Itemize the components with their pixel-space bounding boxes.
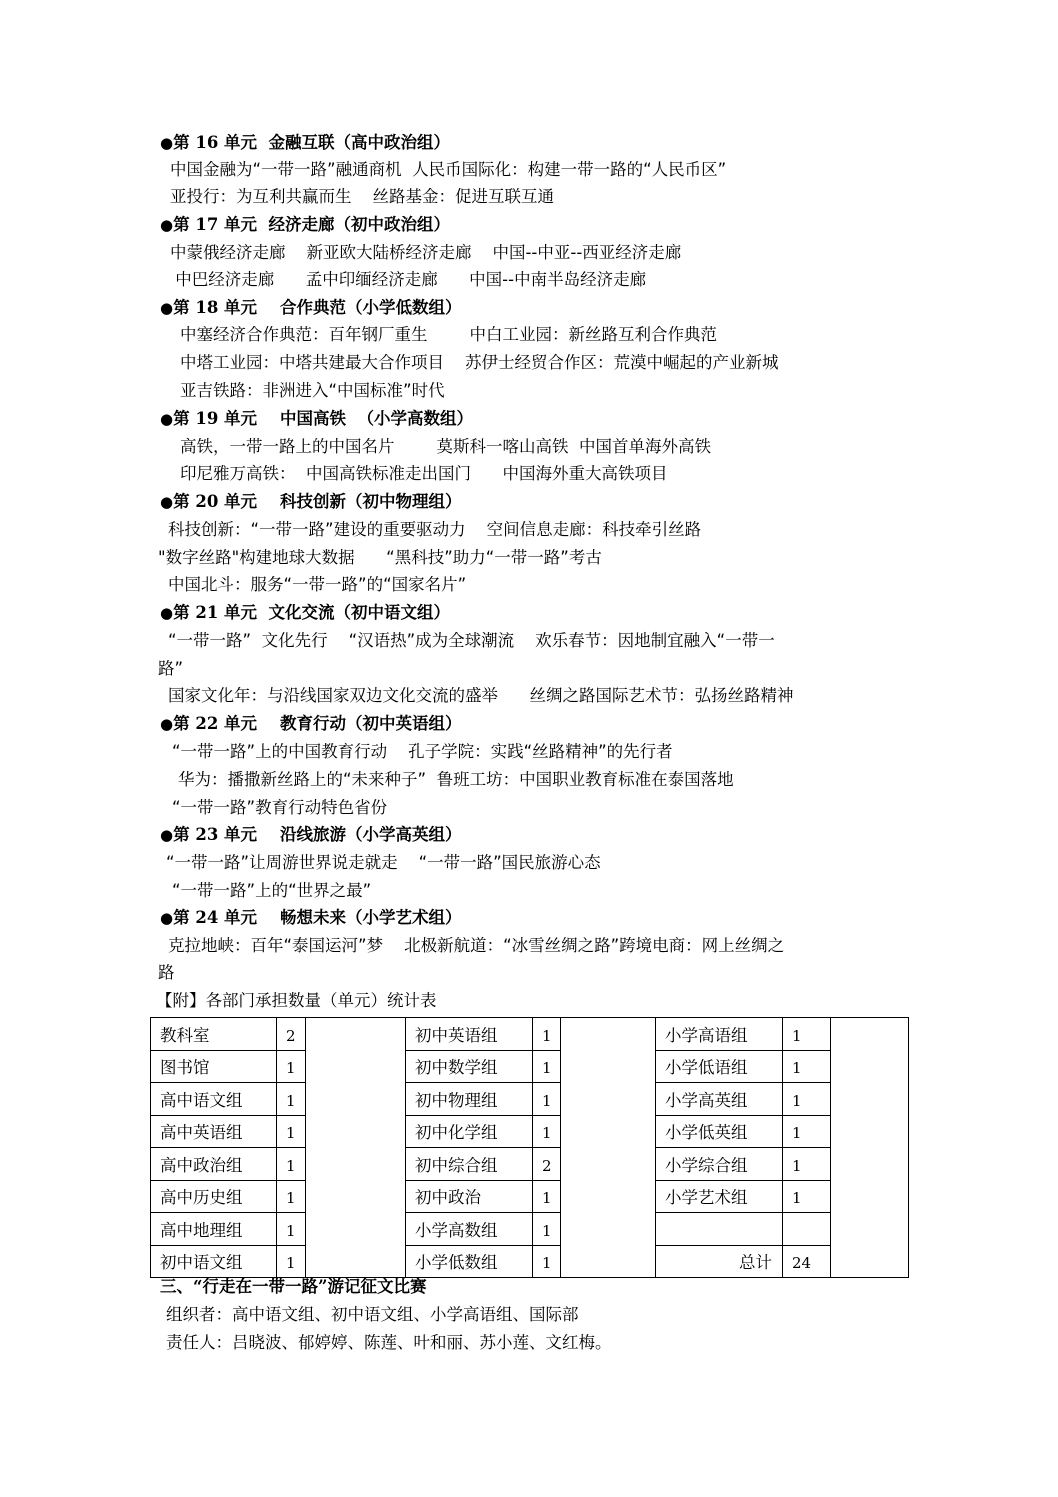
unit-22-line-3: “一带一路”教育行动特色省份 <box>172 797 387 819</box>
document-page: ●第 16 单元 金融互联（高中政治组） 中国金融为“一带一路”融通商机 人民币… <box>0 0 1058 1497</box>
dept-name: 高中语文组 <box>151 1083 277 1116</box>
dept-count: 1 <box>783 1083 831 1116</box>
dept-count: 1 <box>533 1115 561 1148</box>
unit-18-line-3: 亚吉铁路：非洲进入“中国标准”时代 <box>180 380 445 402</box>
unit-heading-text: 第 21 单元 文化交流（初中语文组） <box>173 603 450 622</box>
dept-name: 小学艺术组 <box>656 1180 783 1213</box>
dept-count: 1 <box>783 1115 831 1148</box>
unit-24-line-1: 克拉地峡：百年“泰国运河”梦 北极新航道：“冰雪丝绸之路”跨境电商：网上丝绸之 <box>168 935 784 957</box>
unit-20-line-1: 科技创新：“一带一路”建设的重要驱动力 空间信息走廊：科技牵引丝路 <box>168 519 701 541</box>
dept-name: 高中地理组 <box>151 1213 277 1246</box>
table-row: 图书馆 1 初中数学组 1 小学低语组 1 <box>151 1050 909 1083</box>
unit-21-line-2: 路” <box>158 658 183 680</box>
dept-count: 1 <box>277 1050 306 1083</box>
dept-name: 初中英语组 <box>406 1018 533 1051</box>
dept-count: 1 <box>277 1213 306 1246</box>
unit-18-heading: ●第 18 单元 合作典范（小学低数组） <box>160 297 462 319</box>
unit-heading-text: 第 17 单元 经济走廊（初中政治组） <box>173 215 450 234</box>
bullet-icon: ● <box>160 410 173 428</box>
unit-24-heading: ●第 24 单元 畅想未来（小学艺术组） <box>160 907 462 929</box>
unit-heading-text: 第 18 单元 合作典范（小学低数组） <box>173 298 461 317</box>
bullet-icon: ● <box>160 715 173 733</box>
unit-heading-text: 第 22 单元 教育行动（初中英语组） <box>173 714 461 733</box>
unit-heading-text: 第 16 单元 金融互联（高中政治组） <box>173 133 450 152</box>
bullet-icon: ● <box>160 604 173 622</box>
dept-name: 小学低数组 <box>406 1245 533 1278</box>
dept-count: 1 <box>277 1245 306 1278</box>
unit-18-line-1: 中塞经济合作典范：百年钢厂重生 中白工业园：新丝路互利合作典范 <box>180 324 717 346</box>
unit-23-line-2: “一带一路”上的“世界之最” <box>172 880 371 902</box>
unit-17-line-1: 中蒙俄经济走廊 新亚欧大陆桥经济走廊 中国--中亚--西亚经济走廊 <box>170 242 681 264</box>
unit-heading-text: 第 19 单元 中国高铁 （小学高数组） <box>173 409 473 428</box>
dept-count: 1 <box>783 1180 831 1213</box>
dept-count: 1 <box>533 1050 561 1083</box>
spacer-cell <box>561 1018 656 1278</box>
dept-name: 初中综合组 <box>406 1148 533 1181</box>
unit-22-line-2: 华为：播撒新丝路上的“未来种子” 鲁班工坊：中国职业教育标准在泰国落地 <box>178 769 734 791</box>
dept-name: 图书馆 <box>151 1050 277 1083</box>
unit-22-line-1: “一带一路”上的中国教育行动 孔子学院：实践“丝路精神”的先行者 <box>172 741 673 763</box>
unit-19-line-1: 高铁，一带一路上的中国名片 莫斯科一喀山高铁 中国首单海外高铁 <box>180 436 711 458</box>
unit-23-line-1: “一带一路”让周游世界说走就走 “一带一路”国民旅游心态 <box>166 852 601 874</box>
table-row: 高中英语组 1 初中化学组 1 小学低英组 1 <box>151 1115 909 1148</box>
unit-20-line-3: 中国北斗：服务“一带一路”的“国家名片” <box>168 574 466 596</box>
dept-name: 小学低英组 <box>656 1115 783 1148</box>
dept-name: 初中物理组 <box>406 1083 533 1116</box>
unit-19-heading: ●第 19 单元 中国高铁 （小学高数组） <box>160 408 473 430</box>
unit-21-heading: ●第 21 单元 文化交流（初中语文组） <box>160 602 450 624</box>
dept-count: 1 <box>277 1115 306 1148</box>
unit-20-line-2: "数字丝路"构建地球大数据 “黑科技”助力“一带一路”考古 <box>158 547 602 569</box>
dept-count: 2 <box>533 1148 561 1181</box>
dept-count: 1 <box>533 1180 561 1213</box>
dept-count: 2 <box>277 1018 306 1051</box>
dept-name: 小学高数组 <box>406 1213 533 1246</box>
unit-21-line-1: “一带一路” 文化先行 “汉语热”成为全球潮流 欢乐春节：因地制宜融入“一带一 <box>168 630 775 652</box>
dept-count: 1 <box>533 1245 561 1278</box>
dept-count: 1 <box>277 1083 306 1116</box>
empty-cell <box>783 1213 831 1246</box>
dept-count: 1 <box>533 1083 561 1116</box>
dept-name: 初中政治 <box>406 1180 533 1213</box>
total-count: 24 <box>783 1245 831 1278</box>
unit-23-heading: ●第 23 单元 沿线旅游（小学高英组） <box>160 824 462 846</box>
table-row: 教科室 2 初中英语组 1 小学高语组 1 <box>151 1018 909 1051</box>
unit-19-line-2: 印尼雅万高铁： 中国高铁标准走出国门 中国海外重大高铁项目 <box>180 463 667 485</box>
table-row: 高中历史组 1 初中政治 1 小学艺术组 1 <box>151 1180 909 1213</box>
section-3-organizers: 组织者：高中语文组、初中语文组、小学高语组、国际部 <box>166 1304 579 1326</box>
bullet-icon: ● <box>160 826 173 844</box>
table-row: 高中地理组 1 小学高数组 1 <box>151 1213 909 1246</box>
unit-16-line-2: 亚投行：为互利共赢而生 丝路基金：促进互联互通 <box>170 186 554 208</box>
bullet-icon: ● <box>160 216 173 234</box>
unit-24-line-2: 路 <box>158 962 175 984</box>
section-3-responsible: 责任人：吕晓波、郁婷婷、陈莲、叶和丽、苏小莲、文红梅。 <box>166 1332 612 1354</box>
dept-name: 教科室 <box>151 1018 277 1051</box>
dept-name: 高中政治组 <box>151 1148 277 1181</box>
dept-name: 高中历史组 <box>151 1180 277 1213</box>
spacer-cell <box>306 1018 406 1278</box>
section-3-heading: 三、“行走在一带一路”游记征文比赛 <box>160 1276 426 1298</box>
unit-16-heading: ●第 16 单元 金融互联（高中政治组） <box>160 132 450 154</box>
dept-count: 1 <box>783 1018 831 1051</box>
unit-heading-text: 第 24 单元 畅想未来（小学艺术组） <box>173 908 461 927</box>
unit-heading-text: 第 20 单元 科技创新（初中物理组） <box>173 492 461 511</box>
unit-18-line-2: 中塔工业园：中塔共建最大合作项目 苏伊士经贸合作区：荒漠中崛起的产业新城 <box>180 352 778 374</box>
dept-name: 初中数学组 <box>406 1050 533 1083</box>
dept-name: 高中英语组 <box>151 1115 277 1148</box>
unit-16-line-1: 中国金融为“一带一路”融通商机 人民币国际化：构建一带一路的“人民币区” <box>170 159 726 181</box>
dept-name: 小学高英组 <box>656 1083 783 1116</box>
table-row: 高中政治组 1 初中综合组 2 小学综合组 1 <box>151 1148 909 1181</box>
spacer-cell <box>831 1018 909 1278</box>
dept-count: 1 <box>783 1148 831 1181</box>
unit-22-heading: ●第 22 单元 教育行动（初中英语组） <box>160 713 462 735</box>
empty-cell <box>656 1213 783 1246</box>
dept-count: 1 <box>277 1180 306 1213</box>
bullet-icon: ● <box>160 909 173 927</box>
dept-count: 1 <box>277 1148 306 1181</box>
table-row: 高中语文组 1 初中物理组 1 小学高英组 1 <box>151 1083 909 1116</box>
department-stats-table: 教科室 2 初中英语组 1 小学高语组 1 图书馆 1 初中数学组 1 小学低语… <box>150 1017 909 1278</box>
dept-name: 小学高语组 <box>656 1018 783 1051</box>
table-row: 初中语文组 1 小学低数组 1 总计 24 <box>151 1245 909 1278</box>
unit-heading-text: 第 23 单元 沿线旅游（小学高英组） <box>173 825 461 844</box>
dept-name: 初中化学组 <box>406 1115 533 1148</box>
bullet-icon: ● <box>160 134 173 152</box>
appendix-title: 【附】各部门承担数量（单元）统计表 <box>156 990 437 1012</box>
dept-count: 1 <box>533 1018 561 1051</box>
dept-name: 小学低语组 <box>656 1050 783 1083</box>
dept-name: 小学综合组 <box>656 1148 783 1181</box>
total-label: 总计 <box>656 1245 783 1278</box>
bullet-icon: ● <box>160 299 173 317</box>
dept-count: 1 <box>533 1213 561 1246</box>
unit-17-line-2: 中巴经济走廊 孟中印缅经济走廊 中国--中南半岛经济走廊 <box>170 269 646 291</box>
bullet-icon: ● <box>160 493 173 511</box>
dept-name: 初中语文组 <box>151 1245 277 1278</box>
unit-20-heading: ●第 20 单元 科技创新（初中物理组） <box>160 491 462 513</box>
unit-21-line-3: 国家文化年：与沿线国家双边文化交流的盛举 丝绸之路国际艺术节：弘扬丝路精神 <box>168 685 793 707</box>
dept-count: 1 <box>783 1050 831 1083</box>
unit-17-heading: ●第 17 单元 经济走廊（初中政治组） <box>160 214 450 236</box>
